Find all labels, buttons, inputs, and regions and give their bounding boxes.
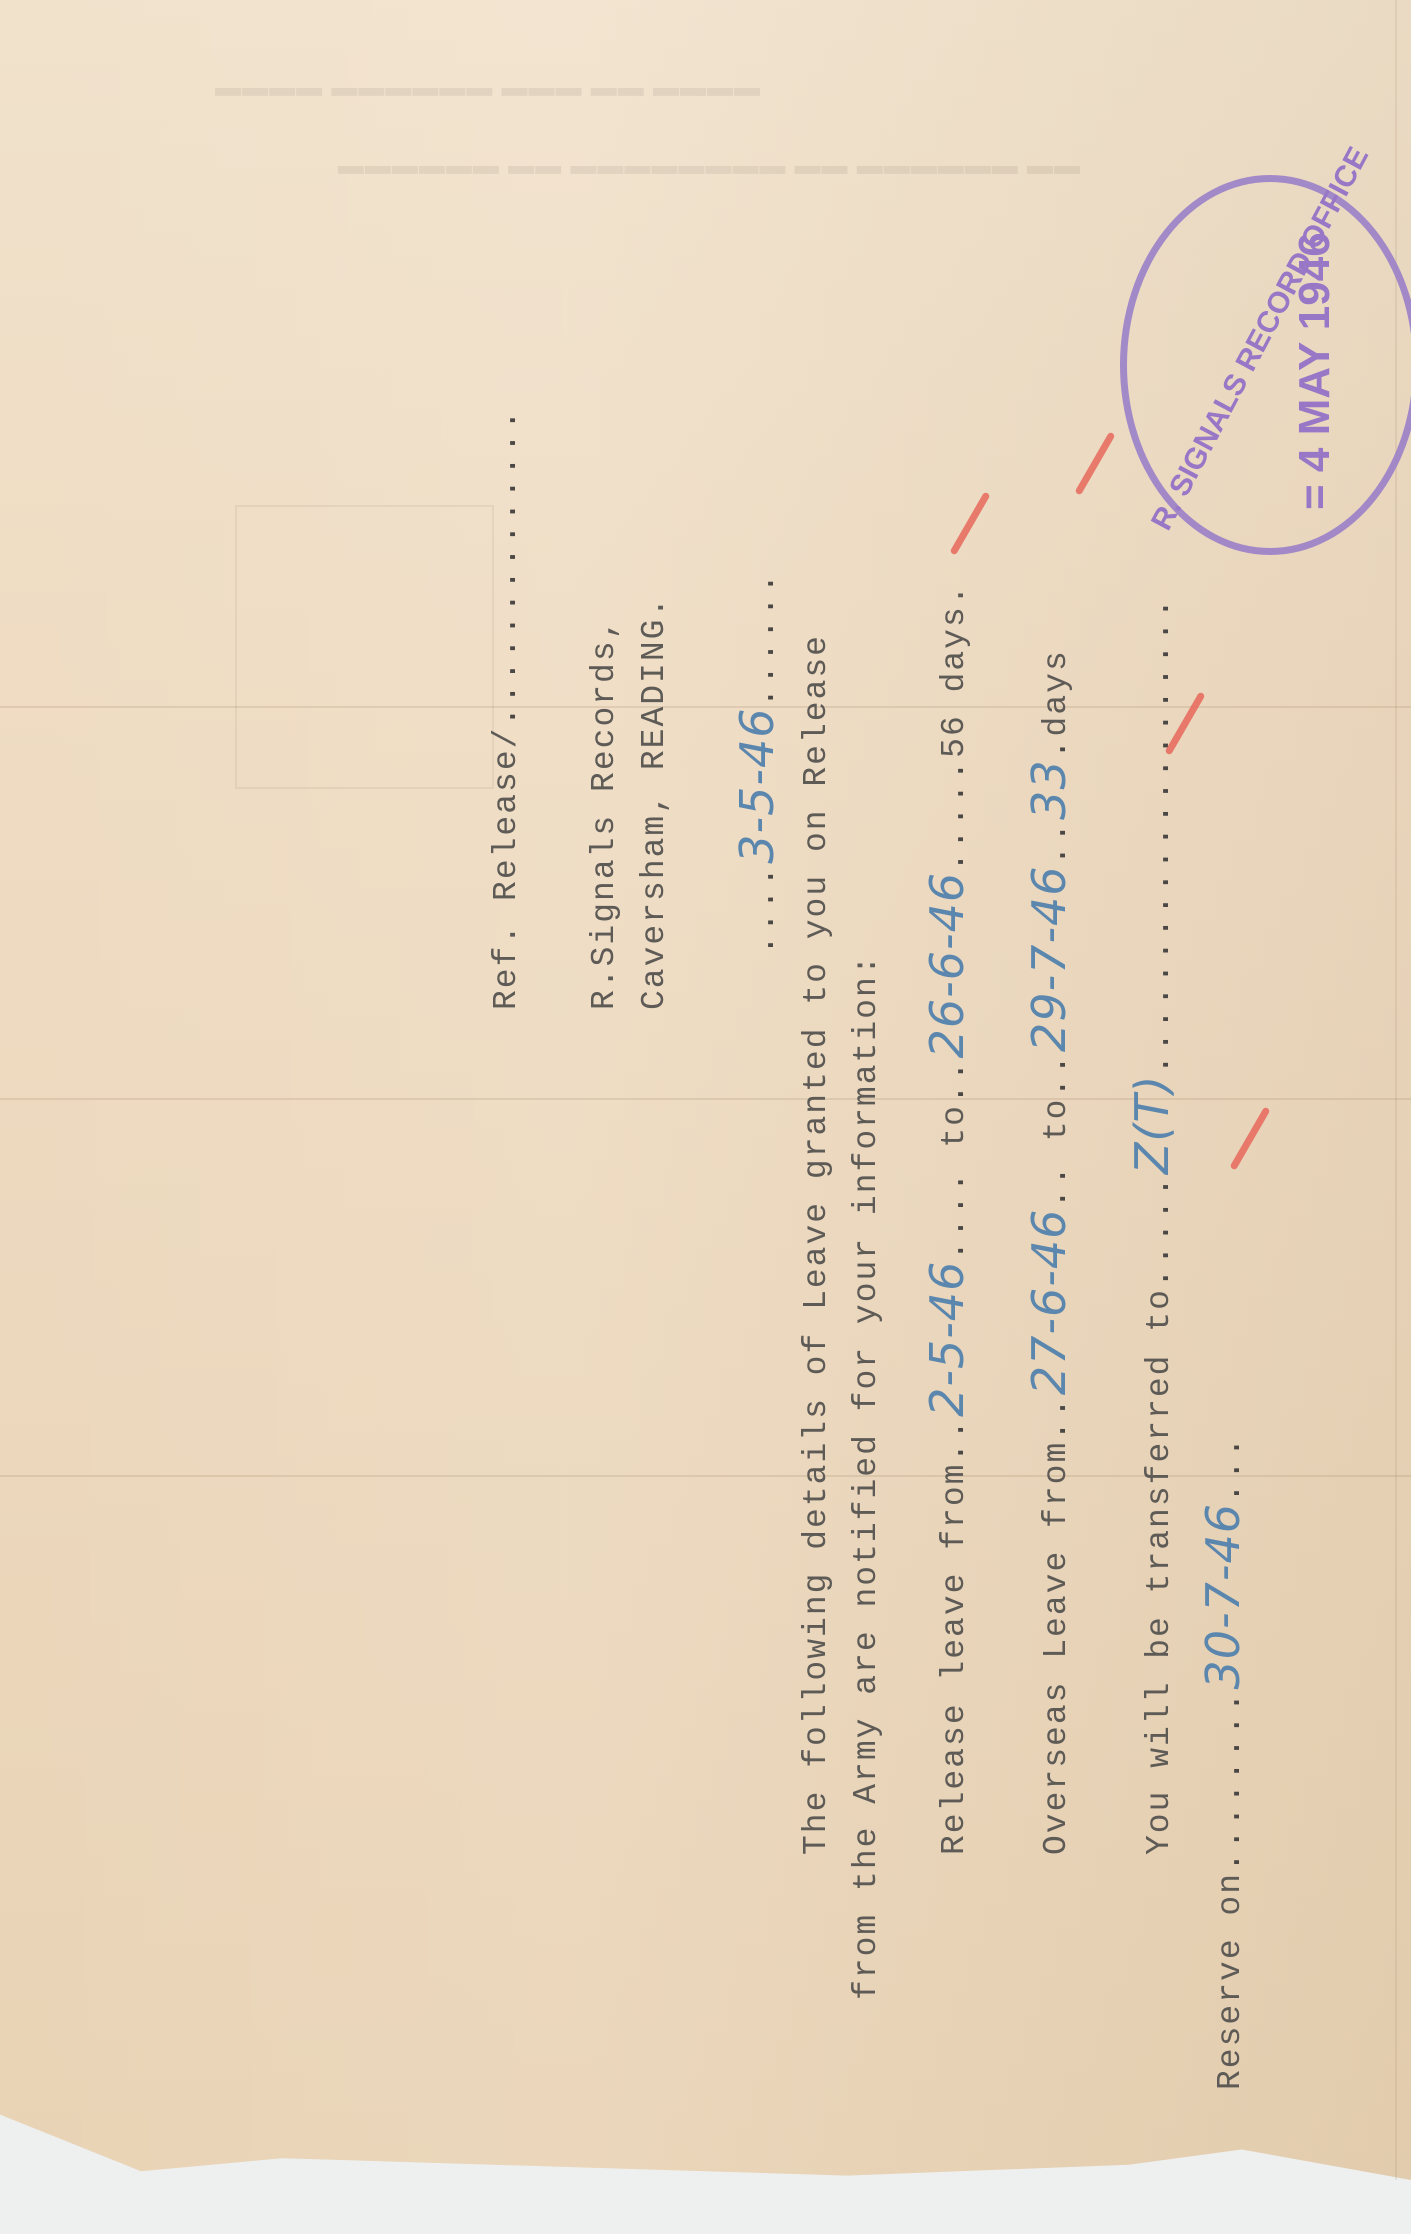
office-name: R.Signals Records, (586, 618, 623, 1010)
days-label: days. (936, 583, 973, 692)
overseas-leave-label: Overseas Leave from (1038, 1441, 1075, 1855)
transfer-line: You will be transferred to.....Z(T).....… (1125, 596, 1179, 1855)
paragraph-line-2: from the Army are notified for your info… (848, 953, 885, 2000)
reserve-date: 30-7-46 (1196, 1503, 1250, 1690)
reserve-line: Reserve on........30-7-46... (1196, 1435, 1250, 2090)
ref-dots: .............. (488, 407, 525, 726)
date-line: ....3-5-46...... (730, 571, 784, 955)
transfer-label: You will be transferred to (1141, 1288, 1178, 1855)
paragraph-text: The following details of Leave granted t… (798, 634, 835, 1855)
release-to-date: 26-6-46 (920, 872, 974, 1059)
stamp-date: = 4 MAY 1946 (1290, 232, 1340, 510)
overseas-leave-line: Overseas Leave from..27-6-46.. to..29-7-… (1022, 649, 1076, 1855)
release-leave-label: Release leave from (936, 1463, 973, 1855)
release-from-date: 2-5-46 (920, 1261, 974, 1417)
paragraph-text: from the Army are notified for your info… (848, 953, 885, 2000)
fold-crease (0, 706, 1411, 708)
reserve-label: Reserve on (1212, 1872, 1249, 2090)
bleed-through-box (235, 505, 494, 789)
ref-line: Ref. Release/.............. (488, 407, 525, 1010)
office-line-1: R.Signals Records, (586, 618, 623, 1010)
to-label: to (936, 1104, 973, 1148)
overseas-days: 33 (1022, 759, 1076, 820)
bleed-through-text: ▬▬▬▬ ▬▬ ▬▬▬ ▬▬▬▬▬▬ ▬▬▬▬ (214, 81, 760, 112)
transfer-value: Z(T) (1125, 1075, 1179, 1175)
ref-label: Ref. Release/ (488, 727, 525, 1010)
paragraph-line-1: The following details of Leave granted t… (798, 634, 835, 1855)
bleed-through-text: ▬▬ ▬▬▬▬▬▬ ▬▬ ▬▬▬▬▬▬▬▬ ▬▬ ▬▬▬▬▬▬ (337, 159, 1080, 190)
office-location: Caversham, READING. (636, 596, 673, 1010)
release-days: 56 (936, 714, 973, 758)
overseas-from-date: 27-6-46 (1022, 1209, 1076, 1396)
fold-crease (0, 1098, 1411, 1100)
days-label: days (1038, 649, 1075, 736)
release-leave-line: Release leave from..2-5-46.... to..26-6-… (920, 583, 974, 1855)
to-label: to (1038, 1098, 1075, 1142)
handwritten-date: 3-5-46 (730, 708, 784, 864)
office-line-2: Caversham, READING. (636, 596, 673, 1010)
overseas-to-date: 29-7-46 (1022, 865, 1076, 1052)
